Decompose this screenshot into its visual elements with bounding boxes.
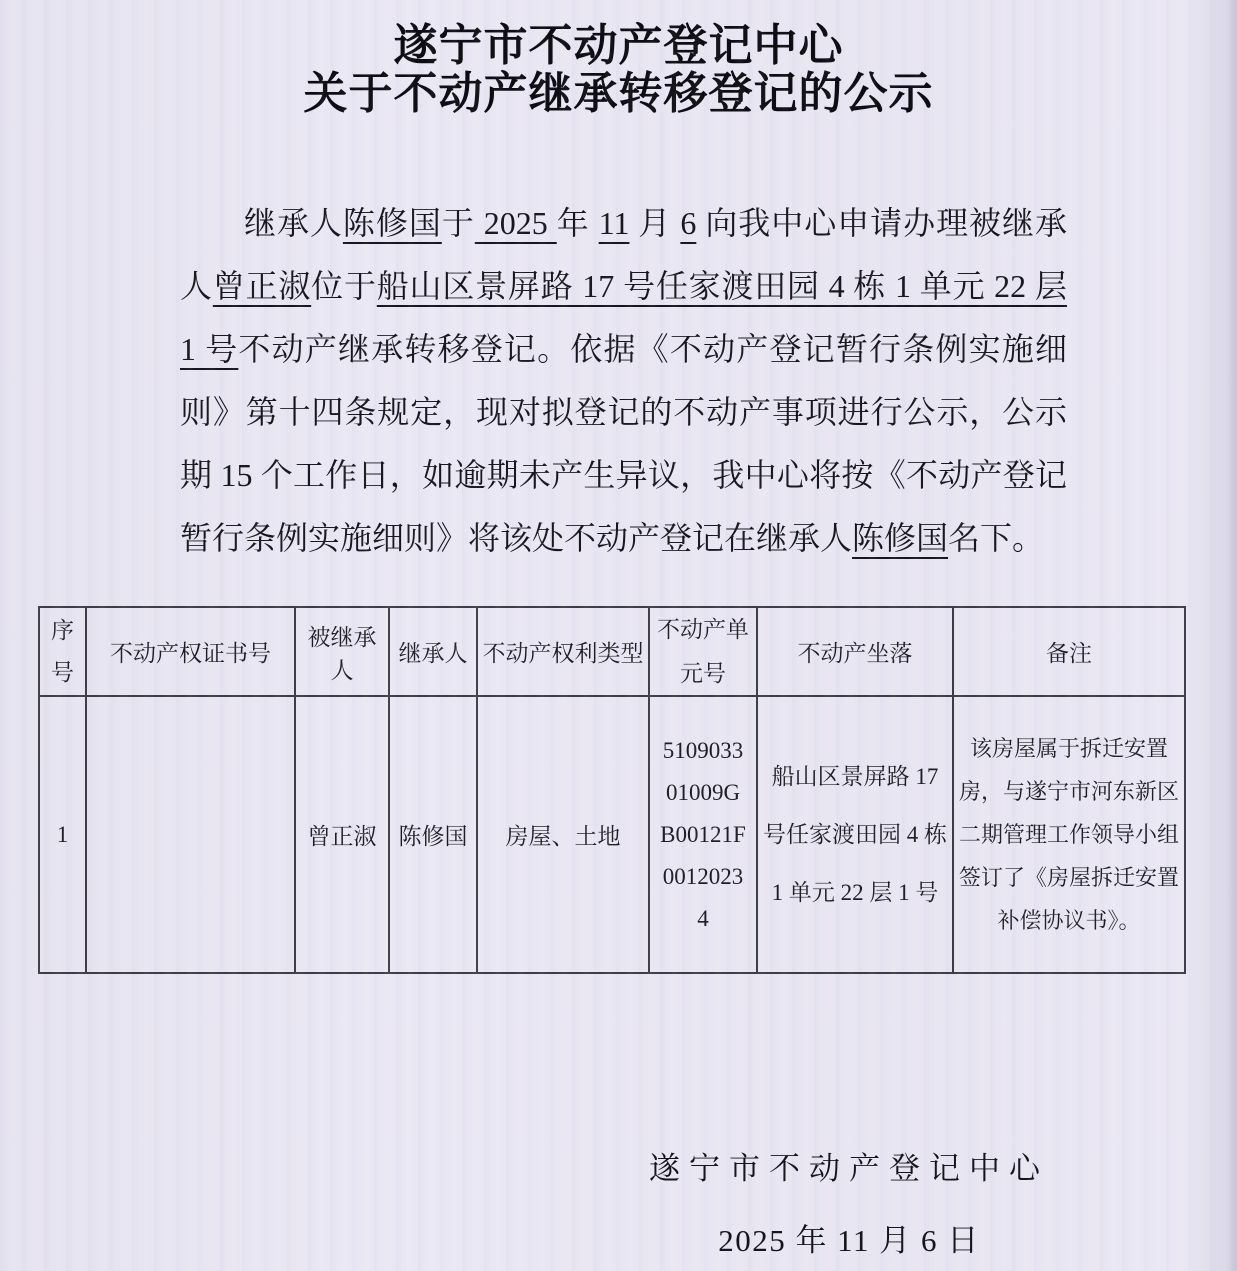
table-header-row: 序号 不动产权证书号 被继承人 继承人 不动产权利类型 不动产单元号 不动产坐落… bbox=[39, 607, 1185, 696]
year-underlined: 2025 bbox=[475, 205, 557, 241]
col-header-remark: 备注 bbox=[953, 607, 1185, 696]
col-header-unit-no: 不动产单元号 bbox=[649, 607, 757, 696]
notice-title-line2: 关于不动产继承转移登记的公示 bbox=[0, 70, 1237, 118]
cell-heir: 陈修国 bbox=[389, 696, 477, 973]
registration-table: 序号 不动产权证书号 被继承人 继承人 不动产权利类型 不动产单元号 不动产坐落… bbox=[38, 606, 1186, 974]
cell-remark: 该房屋属于拆迁安置房，与遂宁市河东新区二期管理工作领导小组签订了《房屋拆迁安置补… bbox=[953, 696, 1185, 973]
cell-index: 1 bbox=[39, 696, 86, 973]
col-header-certificate-no: 不动产权证书号 bbox=[86, 607, 295, 696]
paragraph-segment: 于 bbox=[442, 205, 475, 241]
paragraph-segment: 名下。 bbox=[948, 520, 1044, 556]
notice-body-paragraph: 继承人陈修国于 2025 年 11 月 6 向我中心申请办理被继承人曾正淑位于船… bbox=[180, 192, 1067, 570]
heir-name-underlined: 陈修国 bbox=[343, 205, 442, 241]
unit-number-line: B00121F bbox=[654, 814, 752, 856]
unit-number-line: 01009G bbox=[654, 772, 752, 814]
cell-unit-number: 5109033 01009G B00121F 0012023 4 bbox=[649, 696, 757, 973]
scanned-notice-page: { "document": { "title_line1": "遂宁市不动产登记… bbox=[0, 0, 1237, 1271]
unit-number-line: 0012023 bbox=[654, 856, 752, 898]
issuer-name: 遂宁市不动产登记中心 bbox=[633, 1143, 1065, 1188]
col-header-location: 不动产坐落 bbox=[757, 607, 953, 696]
cell-right-type: 房屋、土地 bbox=[477, 696, 649, 973]
cell-location: 船山区景屏路 17 号任家渡田园 4 栋 1 单元 22 层 1 号 bbox=[757, 696, 953, 973]
col-header-index: 序号 bbox=[39, 607, 86, 696]
paragraph-segment: 继承人 bbox=[244, 205, 343, 241]
notice-title-line1: 遂宁市不动产登记中心 bbox=[0, 22, 1237, 70]
unit-number-line: 4 bbox=[654, 898, 752, 940]
col-header-right-type: 不动产权利类型 bbox=[477, 607, 649, 696]
col-header-decedent: 被继承人 bbox=[295, 607, 389, 696]
cell-certificate-no bbox=[86, 696, 295, 973]
notice-title: 遂宁市不动产登记中心 关于不动产继承转移登记的公示 bbox=[0, 0, 1237, 118]
col-header-heir: 继承人 bbox=[389, 607, 477, 696]
heir-name-underlined: 陈修国 bbox=[852, 520, 948, 556]
table-row: 1 曾正淑 陈修国 房屋、土地 5109033 01009G B00121F 0… bbox=[39, 696, 1185, 973]
paragraph-segment: 月 bbox=[629, 205, 680, 241]
month-underlined: 11 bbox=[599, 205, 630, 241]
decedent-name-underlined: 曾正淑 bbox=[213, 268, 311, 304]
signature-block: 遂宁市不动产登记中心 2025 年 11 月 6 日 bbox=[633, 1143, 1065, 1260]
unit-number-line: 5109033 bbox=[654, 730, 752, 772]
paragraph-segment: 年 bbox=[557, 205, 599, 241]
cell-decedent: 曾正淑 bbox=[295, 696, 389, 973]
day-underlined: 6 bbox=[680, 205, 696, 241]
issue-date: 2025 年 11 月 6 日 bbox=[633, 1215, 1065, 1260]
paragraph-segment: 位于 bbox=[311, 268, 377, 304]
